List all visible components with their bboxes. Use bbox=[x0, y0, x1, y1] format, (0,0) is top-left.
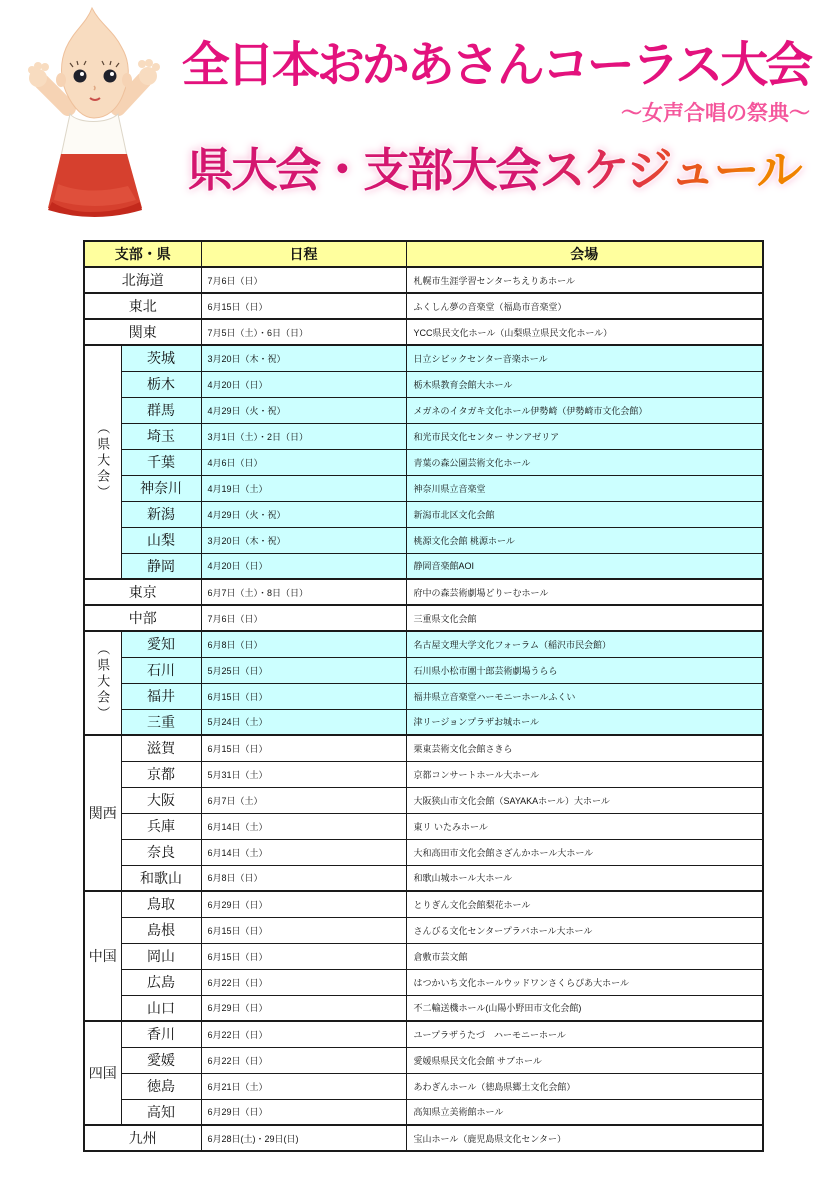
date-cell: 5月31日（土） bbox=[201, 761, 406, 787]
page-title: 全日本おかあさんコーラス大会 bbox=[176, 26, 816, 95]
venue-cell: さんびる文化センタープラバホール大ホール bbox=[406, 917, 763, 943]
venue-cell: 栃木県教育会館大ホール bbox=[406, 371, 763, 397]
prefecture-cell: 兵庫 bbox=[121, 813, 201, 839]
date-cell: 6月15日（日） bbox=[201, 293, 406, 319]
date-cell: 6月29日（日） bbox=[201, 995, 406, 1021]
venue-cell: 三重県文化会館 bbox=[406, 605, 763, 631]
date-cell: 4月20日（日） bbox=[201, 553, 406, 579]
prefecture-cell: 千葉 bbox=[121, 449, 201, 475]
table-row: 東北6月15日（日）ふくしん夢の音楽堂（福島市音楽堂） bbox=[84, 293, 763, 319]
table-row: 奈良6月14日（土）大和高田市文化会館さざんかホール大ホール bbox=[84, 839, 763, 865]
date-cell: 3月1日（土）・2日（日） bbox=[201, 423, 406, 449]
region-cell: 東京 bbox=[84, 579, 201, 605]
date-cell: 7月6日（日） bbox=[201, 605, 406, 631]
venue-cell: 京都コンサートホール大ホール bbox=[406, 761, 763, 787]
prefecture-cell: 京都 bbox=[121, 761, 201, 787]
table-row: 福井6月15日（日）福井県立音楽堂ハーモニーホールふくい bbox=[84, 683, 763, 709]
schedule-table-wrap: 支部・県日程会場北海道7月6日（日）札幌市生涯学習センターちえりあホール東北6月… bbox=[83, 240, 764, 1152]
date-cell: 5月24日（土） bbox=[201, 709, 406, 735]
prefecture-cell: 愛媛 bbox=[121, 1047, 201, 1073]
prefecture-cell: 山梨 bbox=[121, 527, 201, 553]
prefecture-cell: 神奈川 bbox=[121, 475, 201, 501]
region-cell: 関東 bbox=[84, 319, 201, 345]
table-row: （県大会）愛知6月8日（日）名古屋文理大学文化フォーラム（稲沢市民会館） bbox=[84, 631, 763, 657]
region-cell: 九州 bbox=[84, 1125, 201, 1151]
venue-cell: ユープラザうたづ ハーモニーホール bbox=[406, 1021, 763, 1047]
venue-cell: 高知県立美術館ホール bbox=[406, 1099, 763, 1125]
table-row: 関西滋賀6月15日（日）栗東芸術文化会館さきら bbox=[84, 735, 763, 761]
prefecture-cell: 島根 bbox=[121, 917, 201, 943]
prefecture-cell: 岡山 bbox=[121, 943, 201, 969]
prefecture-cell: 茨城 bbox=[121, 345, 201, 371]
venue-cell: 愛媛県県民文化会館 サブホール bbox=[406, 1047, 763, 1073]
venue-cell: 和光市民文化センター サンアゼリア bbox=[406, 423, 763, 449]
date-cell: 6月22日（日） bbox=[201, 1047, 406, 1073]
page-subtitle: ～女声合唱の祭典～ bbox=[176, 97, 816, 127]
prefecture-cell: 徳島 bbox=[121, 1073, 201, 1099]
prefecture-cell: 和歌山 bbox=[121, 865, 201, 891]
venue-cell: 青葉の森公園芸術文化ホール bbox=[406, 449, 763, 475]
venue-cell: 和歌山城ホール大ホール bbox=[406, 865, 763, 891]
venue-cell: 石川県小松市團十郎芸術劇場うらら bbox=[406, 657, 763, 683]
date-cell: 6月8日（日） bbox=[201, 631, 406, 657]
venue-cell: とりぎん文化会館梨花ホール bbox=[406, 891, 763, 917]
date-cell: 6月28日(土)・29日(日) bbox=[201, 1125, 406, 1151]
date-cell: 3月20日（木・祝） bbox=[201, 345, 406, 371]
prefecture-cell: 広島 bbox=[121, 969, 201, 995]
venue-cell: あわぎんホール（徳島県郷土文化会館） bbox=[406, 1073, 763, 1099]
prefecture-cell: 滋賀 bbox=[121, 735, 201, 761]
prefecture-cell: 高知 bbox=[121, 1099, 201, 1125]
venue-cell: YCC県民文化ホール（山梨県立県民文化ホール） bbox=[406, 319, 763, 345]
region-cell: 中部 bbox=[84, 605, 201, 631]
prefecture-cell: 大阪 bbox=[121, 787, 201, 813]
venue-cell: 東リ いたみホール bbox=[406, 813, 763, 839]
group-label-cell: （県大会） bbox=[84, 631, 121, 735]
venue-cell: 府中の森芸術劇場どりーむホール bbox=[406, 579, 763, 605]
schedule-title: 県大会・支部大会スケジュール bbox=[172, 134, 816, 200]
table-row: 四国香川6月22日（日）ユープラザうたづ ハーモニーホール bbox=[84, 1021, 763, 1047]
date-cell: 6月15日（日） bbox=[201, 735, 406, 761]
table-row: 群馬4月29日（火・祝）メガネのイタガキ文化ホール伊勢崎（伊勢崎市文化会館） bbox=[84, 397, 763, 423]
prefecture-cell: 愛知 bbox=[121, 631, 201, 657]
prefecture-cell: 福井 bbox=[121, 683, 201, 709]
prefecture-cell: 三重 bbox=[121, 709, 201, 735]
group-label-cell: 四国 bbox=[84, 1021, 121, 1125]
prefecture-cell: 石川 bbox=[121, 657, 201, 683]
table-row: 埼玉3月1日（土）・2日（日）和光市民文化センター サンアゼリア bbox=[84, 423, 763, 449]
venue-cell: 津リージョンプラザお城ホール bbox=[406, 709, 763, 735]
table-row: 広島6月22日（日）はつかいち文化ホールウッドワンさくらぴあ大ホール bbox=[84, 969, 763, 995]
table-row: 北海道7月6日（日）札幌市生涯学習センターちえりあホール bbox=[84, 267, 763, 293]
table-row: 千葉4月6日（日）青葉の森公園芸術文化ホール bbox=[84, 449, 763, 475]
table-row: 山口6月29日（日）不二輸送機ホール(山陽小野田市文化会館) bbox=[84, 995, 763, 1021]
kewpie-doll-icon bbox=[28, 6, 188, 228]
date-cell: 6月29日（日） bbox=[201, 1099, 406, 1125]
table-row: 栃木4月20日（日）栃木県教育会館大ホール bbox=[84, 371, 763, 397]
table-row: 三重5月24日（土）津リージョンプラザお城ホール bbox=[84, 709, 763, 735]
table-row: 山梨3月20日（木・祝）桃源文化会館 桃源ホール bbox=[84, 527, 763, 553]
venue-cell: 静岡音楽館AOI bbox=[406, 553, 763, 579]
date-cell: 6月15日（日） bbox=[201, 917, 406, 943]
header-block: 全日本おかあさんコーラス大会 ～女声合唱の祭典～ bbox=[176, 26, 816, 127]
prefecture-cell: 埼玉 bbox=[121, 423, 201, 449]
venue-cell: 不二輸送機ホール(山陽小野田市文化会館) bbox=[406, 995, 763, 1021]
prefecture-cell: 群馬 bbox=[121, 397, 201, 423]
date-cell: 6月15日（日） bbox=[201, 683, 406, 709]
date-cell: 6月8日（日） bbox=[201, 865, 406, 891]
venue-cell: 札幌市生涯学習センターちえりあホール bbox=[406, 267, 763, 293]
venue-cell: 倉敷市芸文館 bbox=[406, 943, 763, 969]
table-row: 高知6月29日（日）高知県立美術館ホール bbox=[84, 1099, 763, 1125]
date-cell: 3月20日（木・祝） bbox=[201, 527, 406, 553]
date-cell: 5月25日（日） bbox=[201, 657, 406, 683]
group-label-cell: （県大会） bbox=[84, 345, 121, 579]
date-cell: 6月15日（日） bbox=[201, 943, 406, 969]
schedule-table: 支部・県日程会場北海道7月6日（日）札幌市生涯学習センターちえりあホール東北6月… bbox=[83, 240, 764, 1152]
table-row: 島根6月15日（日）さんびる文化センタープラバホール大ホール bbox=[84, 917, 763, 943]
venue-cell: はつかいち文化ホールウッドワンさくらぴあ大ホール bbox=[406, 969, 763, 995]
date-cell: 6月22日（日） bbox=[201, 1021, 406, 1047]
venue-cell: 大和高田市文化会館さざんかホール大ホール bbox=[406, 839, 763, 865]
table-row: 和歌山6月8日（日）和歌山城ホール大ホール bbox=[84, 865, 763, 891]
table-row: 岡山6月15日（日）倉敷市芸文館 bbox=[84, 943, 763, 969]
kewpie-doll-image bbox=[28, 6, 188, 230]
date-cell: 4月20日（日） bbox=[201, 371, 406, 397]
table-row: 神奈川4月19日（土）神奈川県立音楽堂 bbox=[84, 475, 763, 501]
date-cell: 4月6日（日） bbox=[201, 449, 406, 475]
date-cell: 6月21日（土） bbox=[201, 1073, 406, 1099]
prefecture-cell: 鳥取 bbox=[121, 891, 201, 917]
venue-cell: 福井県立音楽堂ハーモニーホールふくい bbox=[406, 683, 763, 709]
region-cell: 北海道 bbox=[84, 267, 201, 293]
date-cell: 6月7日（土） bbox=[201, 787, 406, 813]
column-header-venue: 会場 bbox=[406, 241, 763, 267]
region-cell: 東北 bbox=[84, 293, 201, 319]
group-label-cell: 関西 bbox=[84, 735, 121, 891]
prefecture-cell: 新潟 bbox=[121, 501, 201, 527]
venue-cell: メガネのイタガキ文化ホール伊勢崎（伊勢崎市文化会館） bbox=[406, 397, 763, 423]
table-row: 石川5月25日（日）石川県小松市團十郎芸術劇場うらら bbox=[84, 657, 763, 683]
venue-cell: 桃源文化会館 桃源ホール bbox=[406, 527, 763, 553]
table-row: 徳島6月21日（土）あわぎんホール（徳島県郷土文化会館） bbox=[84, 1073, 763, 1099]
table-row: （県大会）茨城3月20日（木・祝）日立シビックセンター音楽ホール bbox=[84, 345, 763, 371]
table-row: 京都5月31日（土）京都コンサートホール大ホール bbox=[84, 761, 763, 787]
date-cell: 6月7日（土）・8日（日） bbox=[201, 579, 406, 605]
date-cell: 7月5日（土）・6日（日） bbox=[201, 319, 406, 345]
venue-cell: 神奈川県立音楽堂 bbox=[406, 475, 763, 501]
date-cell: 6月29日（日） bbox=[201, 891, 406, 917]
date-cell: 4月29日（火・祝） bbox=[201, 501, 406, 527]
table-row: 新潟4月29日（火・祝）新潟市北区文化会館 bbox=[84, 501, 763, 527]
date-cell: 6月14日（土） bbox=[201, 813, 406, 839]
prefecture-cell: 栃木 bbox=[121, 371, 201, 397]
header-row: 支部・県日程会場 bbox=[84, 241, 763, 267]
venue-cell: 名古屋文理大学文化フォーラム（稲沢市民会館） bbox=[406, 631, 763, 657]
table-row: 中国鳥取6月29日（日）とりぎん文化会館梨花ホール bbox=[84, 891, 763, 917]
date-cell: 6月14日（土） bbox=[201, 839, 406, 865]
venue-cell: ふくしん夢の音楽堂（福島市音楽堂） bbox=[406, 293, 763, 319]
group-label-cell: 中国 bbox=[84, 891, 121, 1021]
prefecture-cell: 静岡 bbox=[121, 553, 201, 579]
prefecture-cell: 山口 bbox=[121, 995, 201, 1021]
date-cell: 6月22日（日） bbox=[201, 969, 406, 995]
schedule-table-body: 支部・県日程会場北海道7月6日（日）札幌市生涯学習センターちえりあホール東北6月… bbox=[84, 241, 763, 1151]
table-row: 大阪6月7日（土）大阪狭山市文化会館（SAYAKAホール）大ホール bbox=[84, 787, 763, 813]
table-row: 関東7月5日（土）・6日（日）YCC県民文化ホール（山梨県立県民文化ホール） bbox=[84, 319, 763, 345]
table-row: 愛媛6月22日（日）愛媛県県民文化会館 サブホール bbox=[84, 1047, 763, 1073]
venue-cell: 宝山ホール（鹿児島県文化センター） bbox=[406, 1125, 763, 1151]
table-row: 九州6月28日(土)・29日(日)宝山ホール（鹿児島県文化センター） bbox=[84, 1125, 763, 1151]
date-cell: 4月29日（火・祝） bbox=[201, 397, 406, 423]
column-header-region: 支部・県 bbox=[84, 241, 201, 267]
table-row: 静岡4月20日（日）静岡音楽館AOI bbox=[84, 553, 763, 579]
prefecture-cell: 香川 bbox=[121, 1021, 201, 1047]
venue-cell: 日立シビックセンター音楽ホール bbox=[406, 345, 763, 371]
column-header-date: 日程 bbox=[201, 241, 406, 267]
venue-cell: 新潟市北区文化会館 bbox=[406, 501, 763, 527]
venue-cell: 栗東芸術文化会館さきら bbox=[406, 735, 763, 761]
date-cell: 7月6日（日） bbox=[201, 267, 406, 293]
venue-cell: 大阪狭山市文化会館（SAYAKAホール）大ホール bbox=[406, 787, 763, 813]
prefecture-cell: 奈良 bbox=[121, 839, 201, 865]
date-cell: 4月19日（土） bbox=[201, 475, 406, 501]
table-row: 中部7月6日（日）三重県文化会館 bbox=[84, 605, 763, 631]
table-row: 東京6月7日（土）・8日（日）府中の森芸術劇場どりーむホール bbox=[84, 579, 763, 605]
table-row: 兵庫6月14日（土）東リ いたみホール bbox=[84, 813, 763, 839]
